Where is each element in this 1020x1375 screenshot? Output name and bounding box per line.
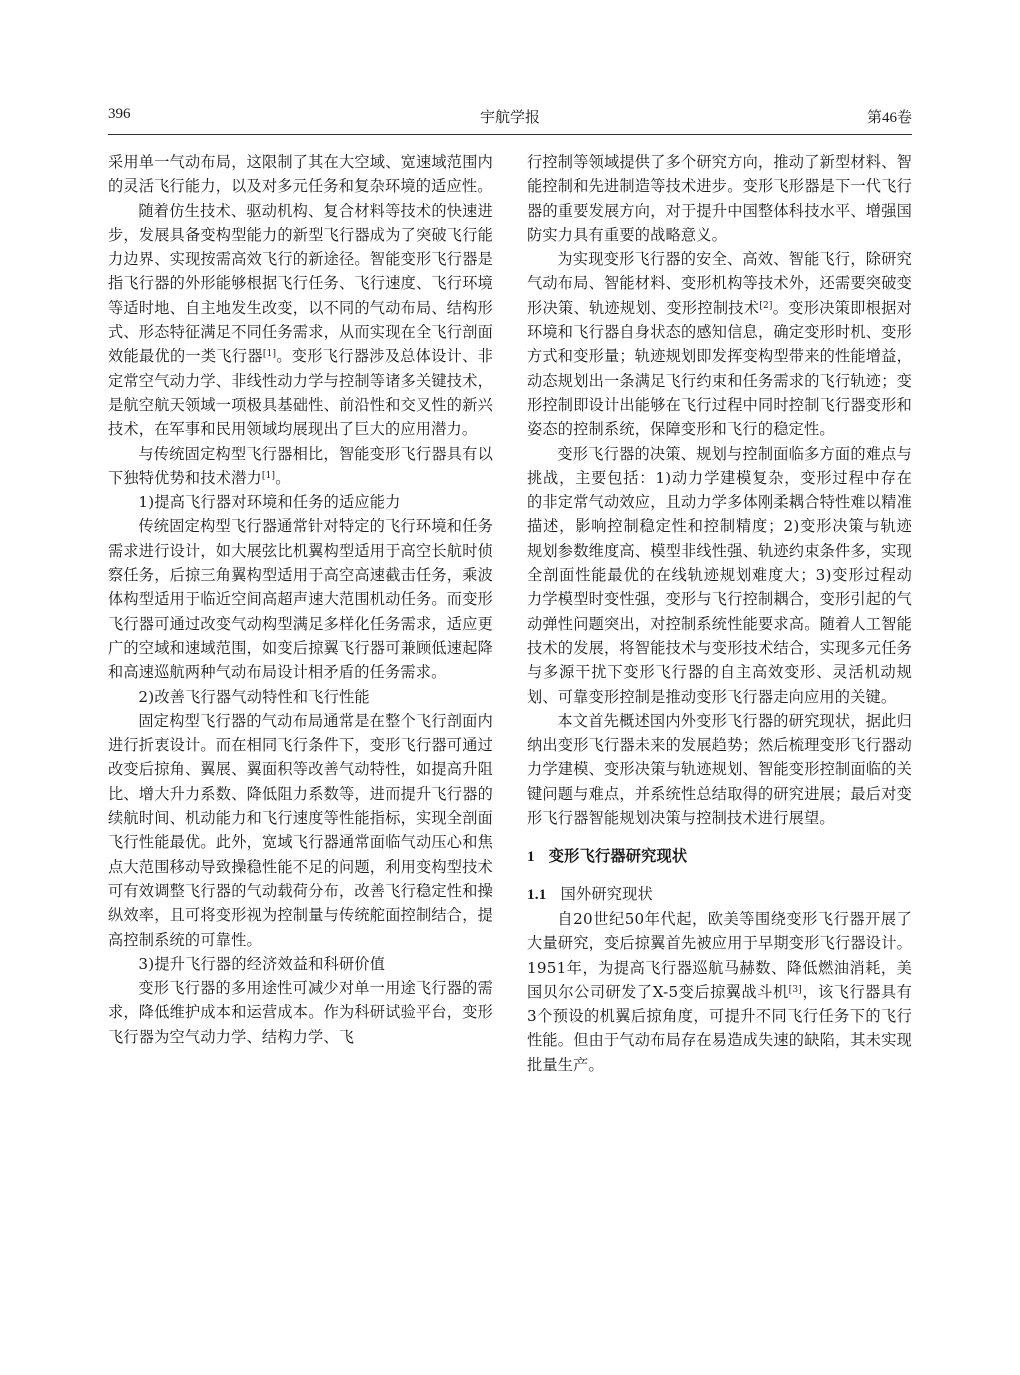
paragraph: 变形飞行器的决策、规划与控制面临多方面的难点与挑战，主要包括：1)动力学建模复杂… <box>527 442 912 709</box>
paragraph-text: 随着仿生技术、驱动机构、复合材料等技术的快速进步，发展具备变构型能力的新型飞行器… <box>108 202 493 366</box>
paragraph: 采用单一气动布局，这限制了其在大空域、宽速域范围内的灵活飞行能力，以及对多元任务… <box>108 150 493 199</box>
paragraph-text: 3)提升飞行器的经济效益和科研价值 <box>138 955 385 973</box>
paragraph: 变形飞行器的多用途性可减少对单一用途飞行器的需求，降低维护成本和运营成本。作为科… <box>108 976 493 1049</box>
paragraph-text: 固定构型飞行器的气动布局通常是在整个飞行剖面内进行折衷设计。而在相同飞行条件下，… <box>108 712 493 949</box>
paragraph: 传统固定构型飞行器通常针对特定的飞行环境和任务需求进行设计，如大展弦比机翼构型适… <box>108 514 493 684</box>
paragraph-text: 与传统固定构型飞行器相比，智能变形飞行器具有以下独特优势和技术潜力 <box>108 445 493 487</box>
paragraph: 随着仿生技术、驱动机构、复合材料等技术的快速进步，发展具备变构型能力的新型飞行器… <box>108 199 493 442</box>
citation[interactable]: [2] <box>759 301 772 311</box>
citation[interactable]: [3] <box>789 985 802 995</box>
citation[interactable]: [1] <box>263 349 276 359</box>
list-item-heading: 2)改善飞行器气动特性和飞行性能 <box>108 685 493 709</box>
section-title: 变形飞行器研究现状 <box>549 847 688 865</box>
paragraph: 本文首先概述国内外变形飞行器的研究现状，据此归纳出变形飞行器未来的发展趋势；然后… <box>527 709 912 830</box>
paragraph-text: 采用单一气动布局，这限制了其在大空域、宽速域范围内的灵活飞行能力，以及对多元任务… <box>108 153 493 195</box>
paragraph-text: 。变形决策即根据对环境和飞行器自身状态的感知信息，确定变形时机、变形方式和变形量… <box>527 299 912 438</box>
paragraph-text: 1)提高飞行器对环境和任务的适应能力 <box>138 493 400 511</box>
paragraph-text: 变形飞行器的决策、规划与控制面临多方面的难点与挑战，主要包括：1)动力学建模复杂… <box>527 445 912 706</box>
subsection-title: 国外研究现状 <box>561 885 653 903</box>
paragraph-text: 。 <box>275 469 290 487</box>
list-item-heading: 3)提升飞行器的经济效益和科研价值 <box>108 952 493 976</box>
paragraph: 行控制等领域提供了多个研究方向，推动了新型材料、智能控制和先进制造等技术进步。变… <box>527 150 912 247</box>
paragraph: 自20世纪50年代起，欧美等围绕变形飞行器开展了大量研究，变后掠翼首先被应用于早… <box>527 907 912 1077</box>
paragraph: 与传统固定构型飞行器相比，智能变形飞行器具有以下独特优势和技术潜力[1]。 <box>108 442 493 491</box>
paragraph-text: 本文首先概述国内外变形飞行器的研究现状，据此归纳出变形飞行器未来的发展趋势；然后… <box>527 712 912 827</box>
journal-title: 宇航学报 <box>108 106 912 127</box>
paragraph: 为实现变形飞行器的安全、高效、智能飞行，除研究气动布局、智能材料、变形机构等技术… <box>527 247 912 441</box>
section-heading: 1变形飞行器研究现状 <box>527 844 912 869</box>
paragraph-text: 2)改善飞行器气动特性和飞行性能 <box>138 688 369 706</box>
subsection-heading: 1.1国外研究现状 <box>527 882 912 907</box>
left-column: 采用单一气动布局，这限制了其在大空域、宽速域范围内的灵活飞行能力，以及对多元任务… <box>108 150 493 1049</box>
right-column: 行控制等领域提供了多个研究方向，推动了新型材料、智能控制和先进制造等技术进步。变… <box>527 150 912 1077</box>
paragraph-text: 行控制等领域提供了多个研究方向，推动了新型材料、智能控制和先进制造等技术进步。变… <box>527 153 912 244</box>
running-header: 396 宇航学报 第46卷 <box>108 104 912 135</box>
volume-label: 第46卷 <box>867 106 912 127</box>
subsection-number: 1.1 <box>527 886 547 903</box>
list-item-heading: 1)提高飞行器对环境和任务的适应能力 <box>108 490 493 514</box>
paragraph: 固定构型飞行器的气动布局通常是在整个飞行剖面内进行折衷设计。而在相同飞行条件下，… <box>108 709 493 952</box>
paragraph-text: 传统固定构型飞行器通常针对特定的飞行环境和任务需求进行设计，如大展弦比机翼构型适… <box>108 517 493 681</box>
paragraph-text: 变形飞行器的多用途性可减少对单一用途飞行器的需求，降低维护成本和运营成本。作为科… <box>108 979 493 1046</box>
section-number: 1 <box>527 848 535 865</box>
citation[interactable]: [1] <box>262 471 275 481</box>
